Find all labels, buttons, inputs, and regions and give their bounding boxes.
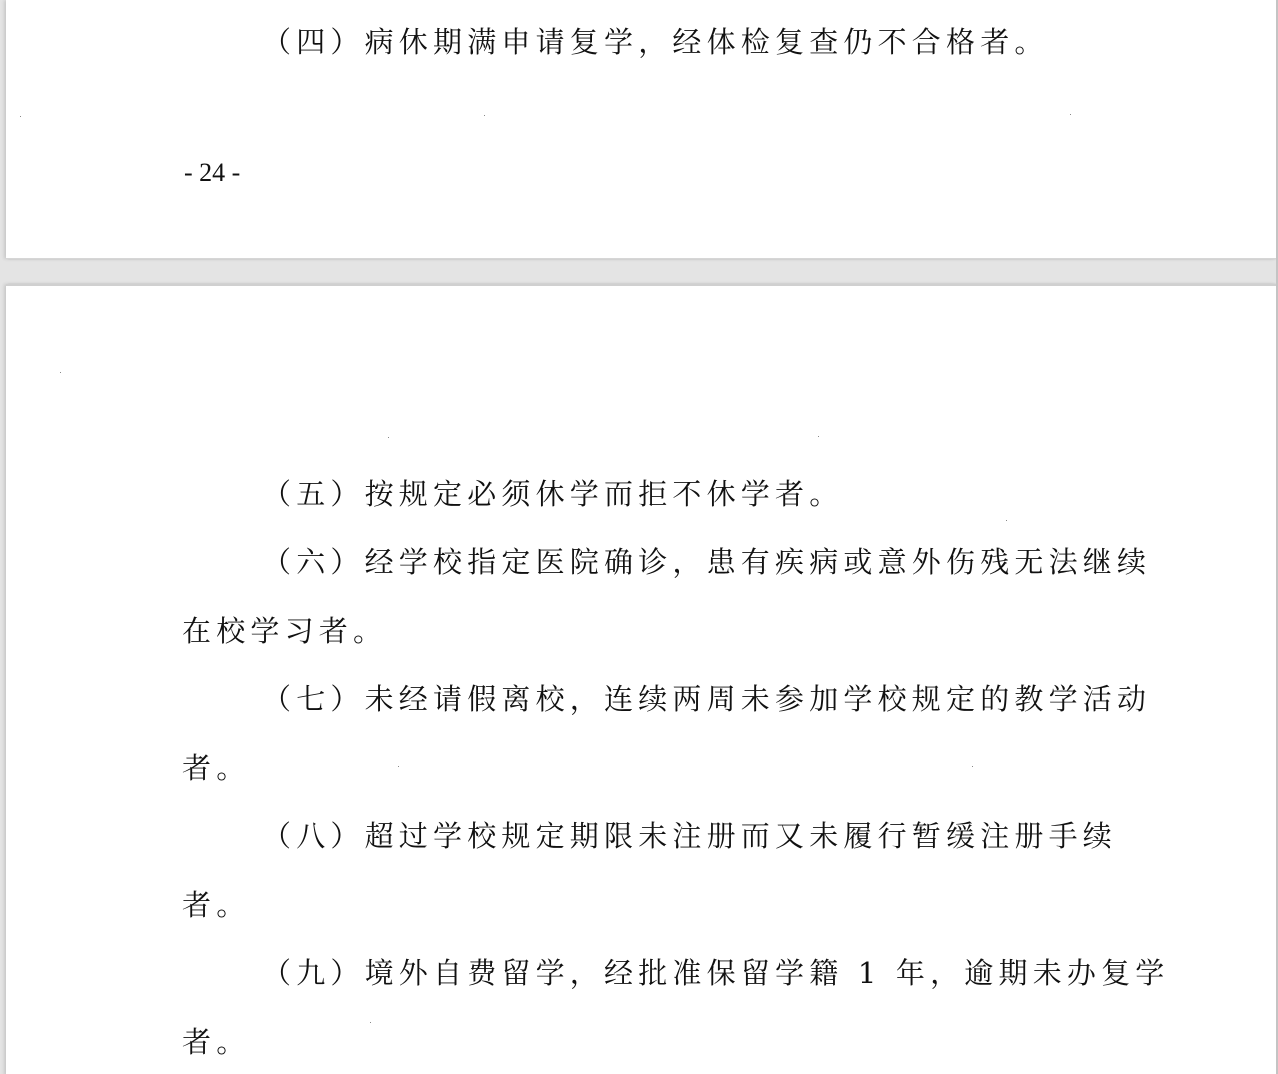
scan-speck <box>20 116 21 117</box>
scan-speck <box>1006 520 1007 521</box>
clause-eight-text-line1: （八）超过学校规定期限未注册而又未履行暂缓注册手续 <box>262 822 1117 851</box>
clause-six-text-line1: （六）经学校指定医院确诊，患有疾病或意外伤残无法继续 <box>262 548 1151 577</box>
clause-five-text: （五）按规定必须休学而拒不休学者。 <box>262 480 843 509</box>
scan-speck <box>818 436 819 437</box>
clause-six-text-line2: 在校学习者。 <box>182 617 387 646</box>
document-viewer[interactable]: （四）病休期满申请复学，经体检复查仍不合格者。 - 24 - （五）按规定必须休… <box>0 0 1278 1074</box>
scan-speck <box>484 115 485 116</box>
scan-speck <box>388 437 389 438</box>
clause-nine-text-line2: 者。 <box>182 1028 250 1057</box>
scan-speck <box>972 766 973 767</box>
clause-eight-text-line2: 者。 <box>182 891 250 920</box>
page-number: - 24 - <box>184 158 240 188</box>
scan-speck <box>1070 114 1071 115</box>
scan-speck <box>60 372 61 373</box>
document-page-25: （五）按规定必须休学而拒不休学者。 （六）经学校指定医院确诊，患有疾病或意外伤残… <box>6 284 1276 1074</box>
clause-seven-text-line1: （七）未经请假离校，连续两周未参加学校规定的教学活动 <box>262 685 1151 714</box>
clause-four-text: （四）病休期满申请复学，经体检复查仍不合格者。 <box>262 28 1049 57</box>
scan-speck <box>370 1022 371 1023</box>
scan-speck <box>398 766 399 767</box>
clause-nine-text-line1: （九）境外自费留学，经批准保留学籍 1 年，逾期未办复学 <box>262 959 1170 988</box>
document-page-24: （四）病休期满申请复学，经体检复查仍不合格者。 - 24 - <box>6 0 1276 259</box>
clause-seven-text-line2: 者。 <box>182 754 250 783</box>
